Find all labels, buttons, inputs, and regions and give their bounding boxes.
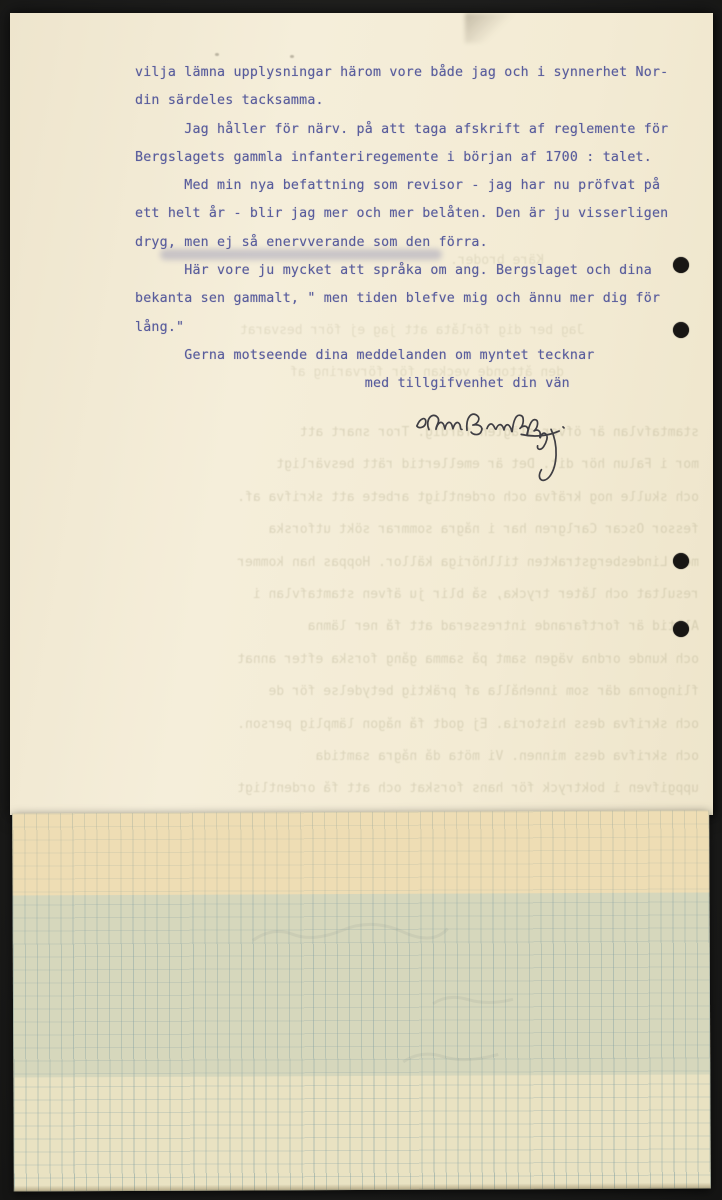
ghost-line: med Lindesbergstrakten tillhöriga källor… [96,547,699,579]
hole-punch [673,553,689,569]
scanned-document-view: vilja lämna upplysningar härom vore både… [0,0,722,1200]
hole-punch [673,621,689,637]
typed-line: din särdeles tacksamma. [135,87,668,115]
hole-punch [673,322,689,338]
ghost-line: och skulle nog kräfva och ordentligt arb… [96,482,699,514]
ghost-line: mor i Falun hör dit. Det är emellertid r… [96,449,699,481]
typed-letter-body: vilja lämna upplysningar härom vore både… [135,59,668,399]
typed-line: vilja lämna upplysningar härom vore både… [135,59,668,87]
typed-line: lång." [135,314,668,342]
signature-emil-brandberg [403,399,608,494]
ghost-line: flingorna där som innehålla af präktig b… [96,676,699,708]
typed-letter-page: vilja lämna upplysningar härom vore både… [10,13,713,815]
ghost-line: och skrifva dess historia. Ej godt få nå… [96,709,699,741]
hole-punch [673,257,689,273]
ghost-line: stamtafvlan är öfver slägten färdig. Tro… [96,417,699,449]
paper-speck [290,55,294,58]
ghost-line: uppgifven i boktryck för hans forskat oc… [96,773,699,805]
typed-line: Jag håller för närv. på att taga afskrif… [135,116,668,144]
ghost-line: Alltid är fortfarande intresserad att få… [96,611,699,643]
graph-paper-page [12,810,711,1191]
typed-line: Med min nya befattning som revisor - jag… [135,172,668,200]
ghost-handwriting-marks [12,810,711,1191]
ghost-line: resultat och låter trycka, så blir ju äf… [96,579,699,611]
typed-line: med tillgifvenhet din vän [135,370,668,398]
typed-line: Här vore ju mycket att språka om ang. Be… [135,257,668,285]
typed-line: Gerna motseende dina meddelanden om mynt… [135,342,668,370]
paper-speck [215,53,219,56]
typed-line: Bergslagets gammla infanteriregemente i … [135,144,668,172]
typed-line: dryg, men ej så enervverande som den för… [135,229,668,257]
paper-fold-crease [465,13,517,43]
typed-line: bekanta sen gammalt, " men tiden blefve … [135,285,668,313]
ghost-line: och kunde ordna vägen samt på samma gång… [96,644,699,676]
typed-line: ett helt år - blir jag mer och mer belåt… [135,200,668,228]
ghost-line: och skrifva dess minnen. Vi möta då någr… [96,741,699,773]
ghost-line: fessor Oscar Carlgren har i några sommra… [96,514,699,546]
bleed-through-text: stamtafvlan är öfver slägten färdig. Tro… [96,417,699,815]
